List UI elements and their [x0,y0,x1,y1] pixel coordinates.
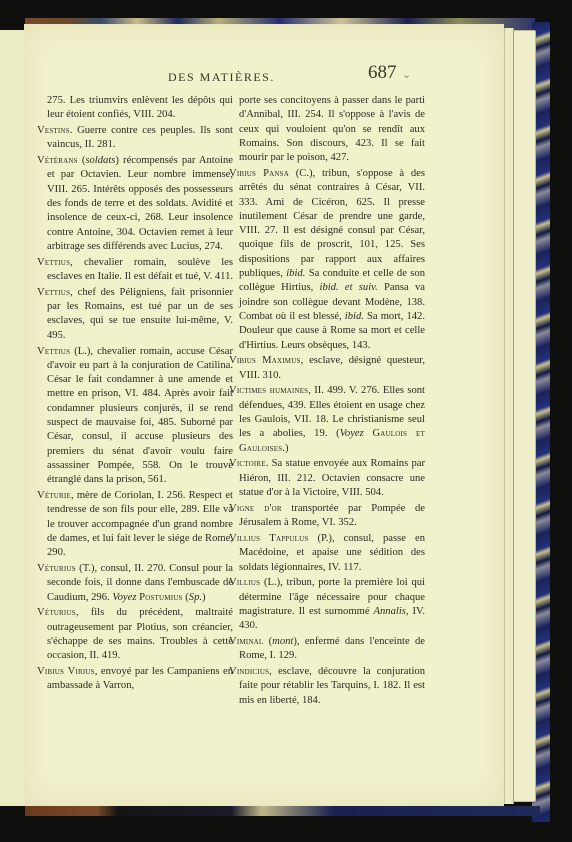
index-entry: Véturius, fils du précédent, maltraité o… [37,606,233,663]
entry-headword: Vindicius [229,666,269,677]
entry-text: 275. Les triumvirs enlèvent les dépôts q… [47,95,233,120]
entry-italic: Sp. [189,592,202,603]
index-entry: Villius (L.), tribun, porte la première … [229,576,425,633]
index-entry: Véturius (T.), consul, II. 270. Consul p… [37,562,233,605]
entry-headword: Vettius [37,257,70,268]
index-entry-continuation: 275. Les triumvirs enlèvent les dépôts q… [37,94,233,123]
index-entry-continuation: porte ses concitoyens à passer dans le p… [229,94,425,165]
entry-text: (L.), chevalier romain, accuse César d'a… [47,346,233,486]
entry-headword: Vigne d'or [229,503,282,514]
page-stack-edge [512,30,536,802]
index-entry: Vétérans (soldats) récompensés par Antoi… [37,154,233,254]
entry-headword: Villius Tappulus [229,533,308,544]
index-entry: Vigne d'or transportée par Pompée de Jér… [229,502,425,531]
index-entry: Vibius Pansa (C.), tribun, s'oppose à de… [229,167,425,353]
entry-headword: Véturius [37,563,76,574]
index-entry: Vettius (L.), chevalier romain, accuse C… [37,345,233,488]
entry-headword: Victoire [229,458,266,469]
entry-text: ) [202,592,206,603]
entry-text: porte ses concitoyens à passer dans le p… [239,95,425,163]
entry-headword: Viminal [229,636,263,647]
index-entry: Vettius, chevalier romain, soulève les e… [37,256,233,285]
entry-italic: soldats [85,155,115,166]
index-entry: Vindicius, esclave, découvre la conjurat… [229,665,425,708]
entry-headword: Vestins [37,125,70,136]
entry-italic: mont [272,636,293,647]
index-entry: Vibius Maximus, esclave, désigné questeu… [229,354,425,383]
entry-text: . Guerre contre ces peuples. Ils sont va… [47,125,233,150]
index-entry: Vestins. Guerre contre ces peuples. Ils … [37,124,233,153]
index-entry: Victimes humaines, II. 499. V. 276. Elle… [229,384,425,455]
entry-headword: Vibius Maximus [229,355,301,366]
corner-mark: ⌄ [402,68,411,81]
entry-text: . Sa statue envoyée aux Romains par Hiér… [239,458,425,498]
entry-text: , fils du précédent, maltraité outrageus… [47,607,233,661]
entry-headword: Véturius [37,607,76,618]
entry-headword: Postumius [139,592,182,603]
entry-headword: Villius [229,577,260,588]
entry-headword: Vibius Virius [37,666,95,677]
entry-text: .) [282,443,288,454]
page-fore-edge [504,28,514,804]
entry-text: ( [263,636,272,647]
entry-italic: ibid. et suiv. [320,282,378,293]
entry-italic: ibid. [345,311,364,322]
entry-italic: ibid. [286,268,305,279]
page-number: 687 [368,62,397,84]
entry-text: ) récompensés par Antoine et par Octavie… [47,155,233,252]
entry-text: (C.), tribun, s'oppose à des arrêtés du … [239,168,425,279]
entry-italic: Annalis [374,606,406,617]
facing-page-edge [0,30,25,806]
entry-text: , chevalier romain, soulève les esclaves… [47,257,233,282]
entry-headword: Vétérans [37,155,78,166]
index-entry: Vibius Virius, envoyé par les Campaniens… [37,665,233,694]
entry-italic: Voyez [340,428,364,439]
entry-text: , mère de Coriolan, I. 256. Respect et t… [47,490,233,558]
entry-headword: Vettius [37,287,70,298]
index-entry: Viminal (mont), enfermé dans l'enceinte … [229,635,425,664]
index-column-right: porte ses concitoyens à passer dans le p… [229,94,425,709]
index-entry: Véturie, mère de Coriolan, I. 256. Respe… [37,489,233,560]
entry-headword: Vibius Pansa [229,168,289,179]
running-head: DES MATIÈRES. [168,70,275,85]
book-cover-bottom-edge [25,806,540,816]
entry-headword: Vettius [37,346,70,357]
entry-headword: Véturie [37,490,71,501]
index-column-left: 275. Les triumvirs enlèvent les dépôts q… [37,94,233,695]
entry-headword: Victimes humaines [229,385,308,396]
entry-italic: Voyez [112,592,136,603]
index-entry: Villius Tappulus (P.), consul, passe en … [229,532,425,575]
index-entry: Vettius, chef des Péligniens, fait priso… [37,286,233,343]
entry-text: , chef des Péligniens, fait prisonnier p… [47,287,233,341]
index-entry: Victoire. Sa statue envoyée aux Romains … [229,457,425,500]
